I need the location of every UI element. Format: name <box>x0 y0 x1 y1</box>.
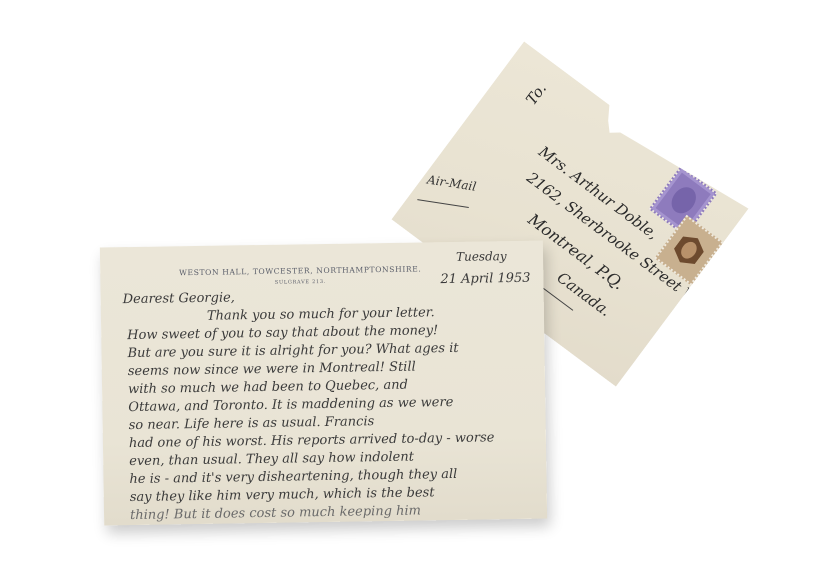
letter-day: Tuesday <box>456 249 507 264</box>
letter-body: Dearest Georgie, Thank you so much for y… <box>127 285 541 525</box>
envelope-to-label: To. <box>522 80 550 109</box>
king-portrait-icon <box>667 182 701 218</box>
photo-stage: To. Air-Mail Mrs. Arthur Doble, 2162, Sh… <box>0 0 820 565</box>
envelope-airmail-label: Air-Mail <box>426 173 477 194</box>
letter-sheet: WESTON HALL, TOWCESTER, NORTHAMPTONSHIRE… <box>100 241 547 526</box>
airmail-underline <box>417 199 469 208</box>
